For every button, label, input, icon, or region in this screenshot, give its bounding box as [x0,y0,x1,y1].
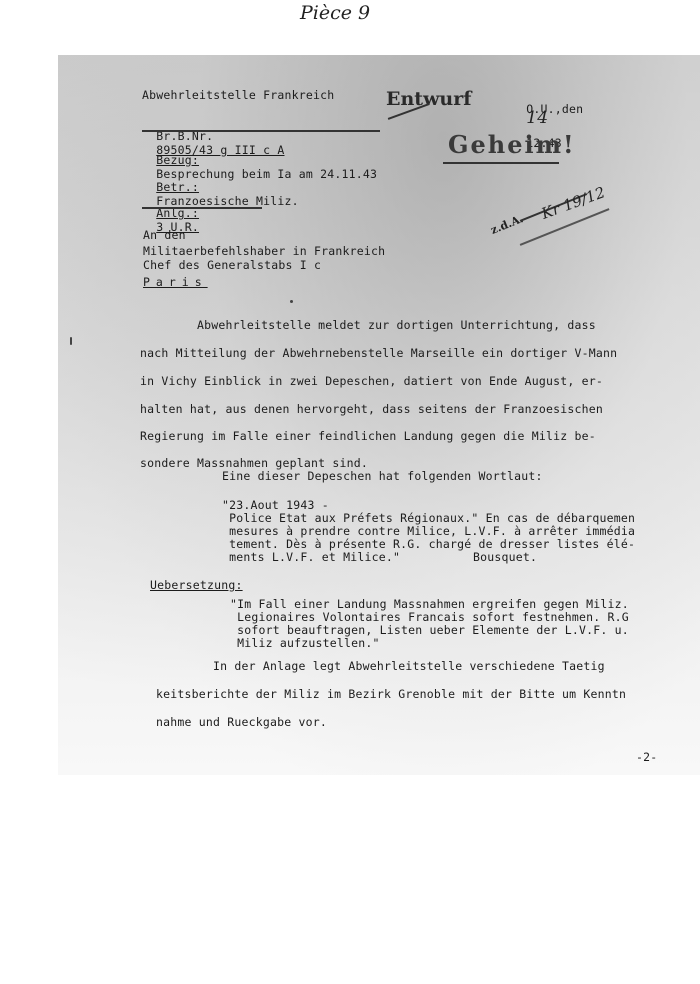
bezug-label: Bezug: [156,153,199,167]
paragraph-2-line: In der Anlage legt Abwehrleitstelle vers… [156,659,605,673]
secret-stamp-underline [443,162,559,164]
recipient-line-1: An den [143,228,186,242]
recipient-line-3: Chef des Generalstabs I c [143,258,321,272]
translation-line: sofort beauftragen, Listen ueber Element… [230,623,629,637]
paragraph-2-line: keitsberichte der Miliz im Bezirk Grenob… [156,687,626,701]
translation-label: Uebersetzung: [150,578,243,592]
date-day-handwritten: 14 [526,108,548,128]
paragraph-1-line: Regierung im Falle einer feindlichen Lan… [140,429,596,443]
paragraph-1-line: sondere Massnahmen geplant sind. [140,456,368,470]
quote-line: ments L.V.F. et Milice." [222,550,400,564]
translation-line: "Im Fall einer Landung Massnahmen ergrei… [230,597,629,611]
translation-line: Legionaires Volontaires Francais sofort … [230,610,629,624]
paragraph-1-line: halten hat, aus denen hervorgeht, dass s… [140,402,603,416]
anlg-underline [142,207,262,209]
recipient-line-2: Militaerbefehlshaber in Frankreich [143,244,385,258]
translation-line: Miliz aufzustellen." [230,636,380,650]
quote-signature: Bousquet. [473,550,537,564]
paragraph-2-line: nahme und Rueckgabe vor. [156,715,327,729]
reference-underline [142,130,380,132]
ink-speck [290,300,293,303]
paragraph-1-line: in Vichy Einblick in zwei Depeschen, dat… [140,374,603,388]
page-marker: -2- [636,750,657,764]
draft-stamp: Entwurf [386,88,471,110]
office-name: Abwehrleitstelle Frankreich [142,88,334,102]
quote-intro: Eine dieser Depeschen hat folgenden Wort… [222,469,543,483]
secret-stamp: Geheim! [448,130,576,159]
paragraph-1-line: nach Mitteilung der Abwehrnebenstelle Ma… [140,346,617,360]
ink-speck [70,337,72,345]
handwritten-piece-number: Pièce 9 [300,2,370,24]
recipient-city: Paris [143,275,208,289]
paragraph-1-line: Abwehrleitstelle meldet zur dortigen Unt… [140,318,596,332]
quote-line: mesures à prendre contre Milice, L.V.F. … [222,524,635,538]
quote-line: tement. Dès à présente R.G. chargé de dr… [222,537,635,551]
quote-line: "23.Aout 1943 - [222,498,329,512]
quote-line: Police Etat aux Préfets Régionaux." En c… [222,511,635,525]
